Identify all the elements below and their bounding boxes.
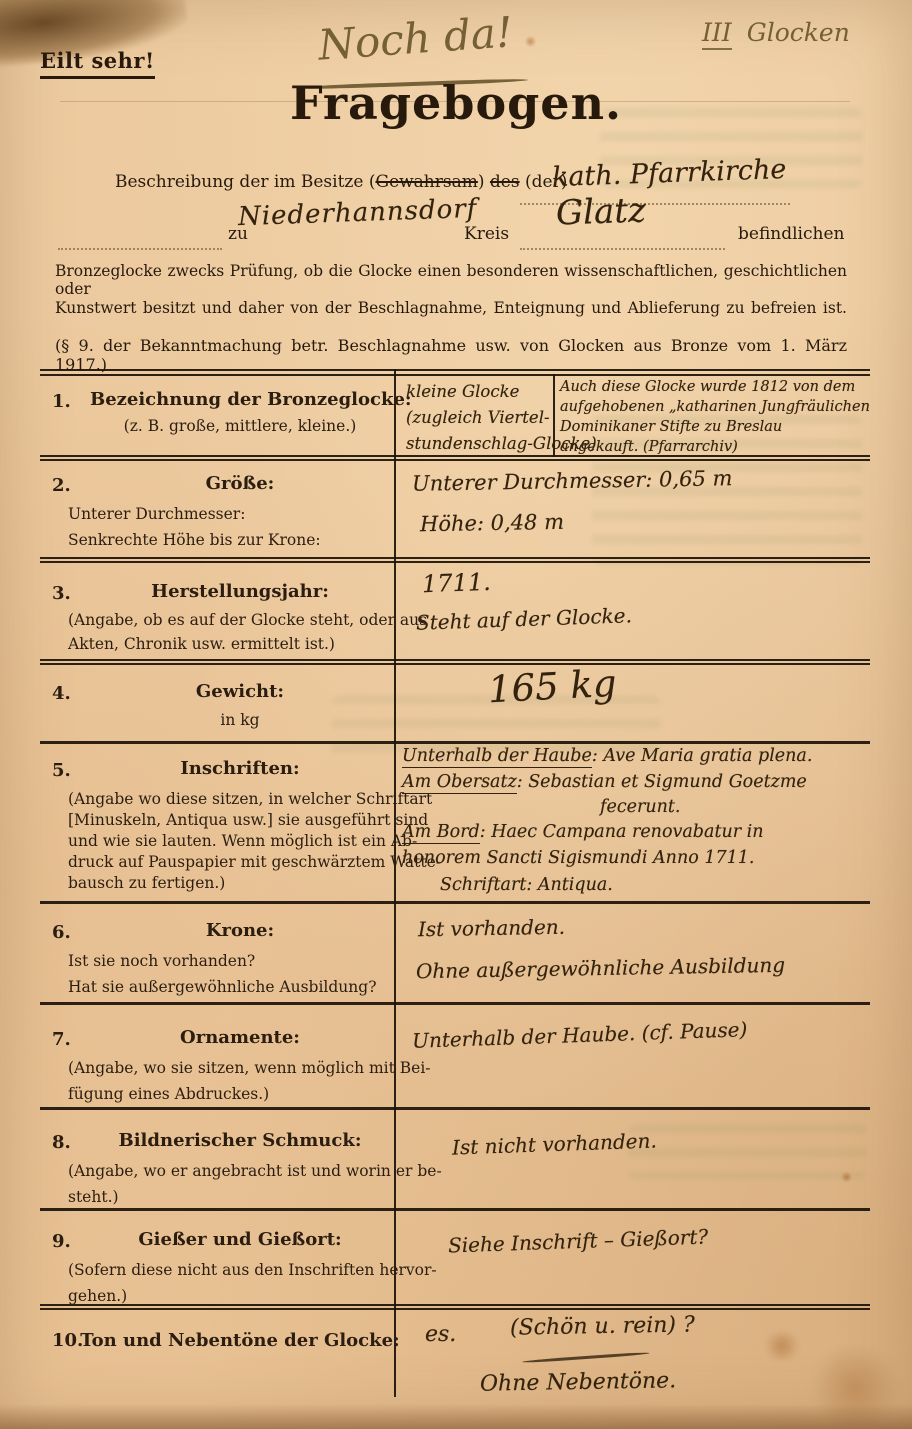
handwritten-answer: Ist vorhanden. <box>418 915 565 942</box>
intro-body-2: Kunstwert besitzt und daher von der Besc… <box>55 299 847 317</box>
inscription-location: Unterhalb der Haube <box>402 746 592 768</box>
form-row-8: 8. Bildnerischer Schmuck: (Angabe, wo er… <box>40 1110 870 1208</box>
row-sublabel: Akten, Chronik usw. ermittelt ist.) <box>68 635 335 653</box>
handwritten-place: Niederhannsdorf <box>238 194 478 232</box>
note-line: angekauft. (Pfarrarchiv) <box>560 437 865 457</box>
row-number: 1. <box>52 391 71 412</box>
handwritten-owner: kath. Pfarrkirche <box>552 154 787 193</box>
handwritten-answer: Unterer Durchmesser: 0,65 m <box>412 466 733 496</box>
handwritten-provenance-note: Auch diese Glocke wurde 1812 von dem auf… <box>560 377 865 457</box>
handwritten-answer: Ist nicht vorhanden. <box>452 1128 657 1159</box>
handwritten-answer: Höhe: 0,48 m <box>420 510 564 537</box>
fill-line <box>58 248 222 250</box>
row-number: 2. <box>52 475 71 496</box>
label-kreis: Kreis <box>464 224 509 244</box>
handwritten-note-bell-count: III Glocken <box>702 18 850 47</box>
row-sublabel: (Angabe, wo er angebracht ist und worin … <box>68 1162 442 1180</box>
intro-line-1: Beschreibung der im Besitze (Gewahrsam) … <box>115 172 567 192</box>
handwritten-answer: Ohne Nebentöne. <box>480 1368 677 1396</box>
handwritten-answer: (Schön u. rein) ? <box>510 1312 695 1340</box>
inscription-text: : Sebastian et Sigmund Goetzme <box>517 772 807 792</box>
handwritten-answer: Unterhalb der Haube: Ave Maria gratia pl… <box>402 746 812 766</box>
struck-word-des: des <box>490 172 520 192</box>
handwritten-underline-swash <box>522 1352 650 1363</box>
row-number: 10. <box>52 1330 83 1351</box>
form-row-7: 7. Ornamente: (Angabe, wo sie sitzen, we… <box>40 1005 870 1107</box>
inscription-location: Am Obersatz <box>402 772 517 794</box>
row-label: Ton und Nebentöne der Glocke: <box>80 1330 400 1351</box>
row-label: Ornamente: <box>90 1027 390 1048</box>
row-label: Gießer und Gießort: <box>90 1229 390 1250</box>
fill-line <box>520 248 725 250</box>
row-number: 5. <box>52 760 71 781</box>
row-number: 7. <box>52 1029 71 1050</box>
note-line: Auch diese Glocke wurde 1812 von dem <box>560 377 865 397</box>
handwritten-kreis: Glatz <box>555 190 646 233</box>
page-title: Fragebogen. <box>0 76 912 130</box>
fox-spot <box>524 36 537 47</box>
row-number: 9. <box>52 1231 71 1252</box>
handwritten-answer: es. <box>425 1322 456 1347</box>
row-sublabel: Unterer Durchmesser: <box>68 505 245 523</box>
intro-line2-post: befindlichen <box>738 224 844 244</box>
table-rule <box>40 659 870 661</box>
row-sublabel: steht.) <box>68 1188 119 1206</box>
handwritten-answer: Schriftart: Antiqua. <box>440 875 613 895</box>
form-row-10: 10. Ton und Nebentöne der Glocke: es. (S… <box>40 1308 870 1429</box>
row-number: 8. <box>52 1132 71 1153</box>
row-sublabel: (Angabe wo diese sitzen, in welcher Schr… <box>68 790 432 808</box>
handwritten-note-still-here: Noch da! <box>317 7 515 69</box>
handwritten-answer: Siehe Inschrift – Gießort? <box>448 1224 709 1257</box>
form-row-2: 2. Größe: Unterer Durchmesser: Senkrecht… <box>40 459 870 557</box>
row-number: 6. <box>52 922 71 943</box>
inscription-text: : Ave Maria gratia plena. <box>592 746 813 766</box>
intro-line1-mid: ) <box>478 172 490 192</box>
table-rule <box>40 1304 870 1306</box>
handwritten-answer: Ohne außergewöhnliche Ausbildung <box>416 953 785 983</box>
row-sublabel: gehen.) <box>68 1287 127 1305</box>
note-line: Dominikaner Stifte zu Breslau <box>560 417 865 437</box>
handwritten-answer: honorem Sancti Sigismundi Anno 1711. <box>402 848 754 868</box>
row-label: Krone: <box>90 920 390 941</box>
scanned-questionnaire-page: Eilt sehr! Noch da! III Glocken Fragebog… <box>0 0 912 1429</box>
form-row-5: 5. Inschriften: (Angabe wo diese sitzen,… <box>40 744 870 901</box>
row-sublabel: Senkrechte Höhe bis zur Krone: <box>68 531 321 549</box>
handwritten-answer: 165 kg <box>487 662 618 712</box>
struck-word-gewahrsam: Gewahrsam <box>375 172 477 192</box>
handwritten-answer: Am Bord: Haec Campana renovabatur in <box>402 822 764 842</box>
handwritten-answer: Unterhalb der Haube. (cf. Pause) <box>412 1017 748 1053</box>
form-row-4: 4. Gewicht: in kg 165 kg <box>40 663 870 741</box>
handwritten-answer: Steht auf der Glocke. <box>416 603 633 635</box>
row-sublabel: Hat sie außergewöhnliche Ausbildung? <box>68 978 377 996</box>
intro-line1-pre: Beschreibung der im Besitze ( <box>115 172 375 192</box>
row-sublabel: und wie sie lauten. Wenn möglich ist ein… <box>68 832 417 850</box>
row-label: Herstellungsjahr: <box>90 581 390 602</box>
inscription-text: : Haec Campana renovabatur in <box>480 822 764 842</box>
inscription-location: Am Bord <box>402 822 480 844</box>
table-rule <box>40 557 870 559</box>
row-label: Bezeichnung der Bronzeglocke: <box>90 389 390 410</box>
row-sublabel: (Angabe, ob es auf der Glocke steht, ode… <box>68 611 427 629</box>
handwritten-answer: 1711. <box>422 568 492 598</box>
row-sublabel: (z. B. große, mittlere, kleine.) <box>90 417 390 435</box>
row-sublabel: (Angabe, wo sie sitzen, wenn möglich mit… <box>68 1059 431 1077</box>
form-row-6: 6. Krone: Ist sie noch vorhanden? Hat si… <box>40 904 870 1002</box>
row-sublabel: (Sofern diese nicht aus den Inschriften … <box>68 1261 437 1279</box>
intro-body-1: Bronzeglocke zwecks Prüfung, ob die Gloc… <box>55 262 847 298</box>
row-label: Gewicht: <box>90 681 390 702</box>
row-sublabel: [Minuskeln, Antiqua usw.] sie ausgeführt… <box>68 811 428 829</box>
row-label: Bildnerischer Schmuck: <box>90 1130 390 1151</box>
note-line: aufgehobenen „katharinen Jungfräulichen <box>560 397 865 417</box>
urgent-stamp: Eilt sehr! <box>40 48 155 79</box>
row-sublabel: fügung eines Abdruckes.) <box>68 1085 269 1103</box>
row-sublabel: druck auf Pauspapier mit geschwärztem Wa… <box>68 853 441 871</box>
handwritten-answer: Am Obersatz: Sebastian et Sigmund Goetzm… <box>402 772 807 792</box>
form-row-3: 3. Herstellungsjahr: (Angabe, ob es auf … <box>40 561 870 659</box>
handwritten-answer: fecerunt. <box>600 797 681 817</box>
row-number: 4. <box>52 683 71 704</box>
row-label: Inschriften: <box>90 758 390 779</box>
row-label: Größe: <box>90 473 390 494</box>
row-sublabel: bausch zu fertigen.) <box>68 874 225 892</box>
row-sublabel: in kg <box>90 711 390 729</box>
form-row-1: 1. Bezeichnung der Bronzeglocke: (z. B. … <box>40 371 870 455</box>
row-number: 3. <box>52 583 71 604</box>
form-row-9: 9. Gießer und Gießort: (Sofern diese nic… <box>40 1211 870 1304</box>
row-sublabel: Ist sie noch vorhanden? <box>68 952 255 970</box>
